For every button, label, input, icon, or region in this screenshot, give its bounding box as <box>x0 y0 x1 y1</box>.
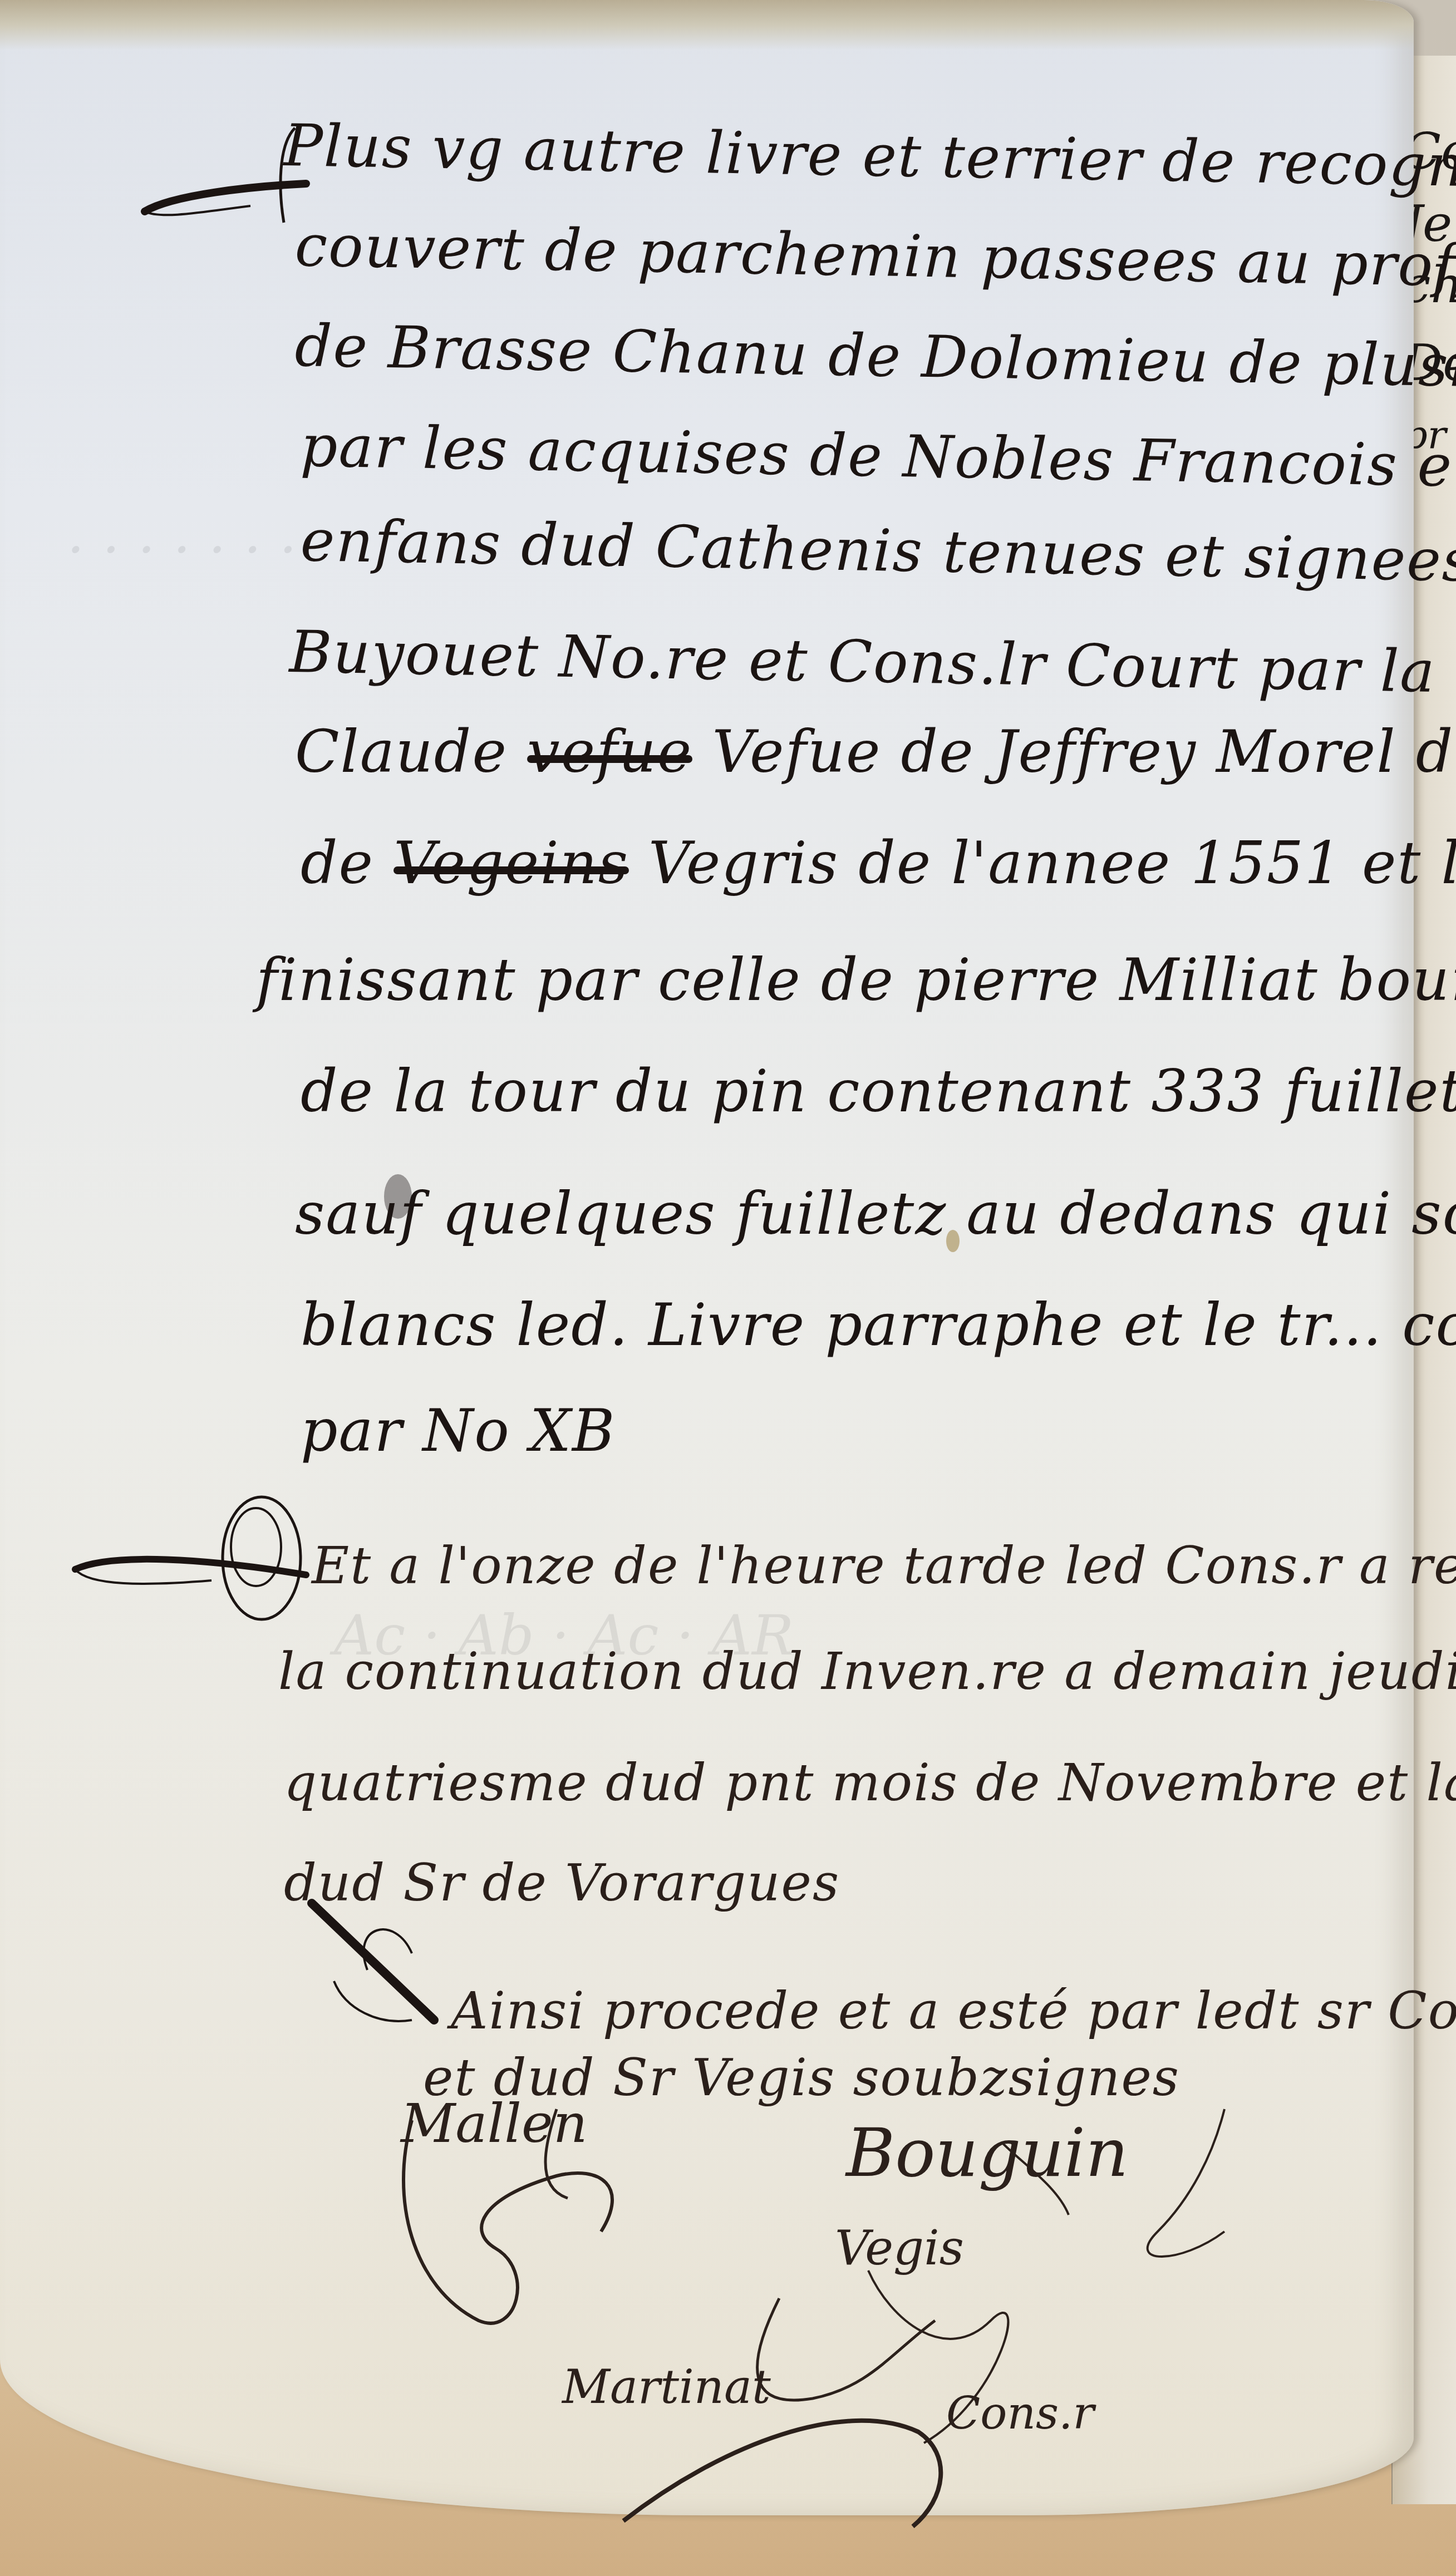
signature-mallen: Mallen <box>401 2092 588 2155</box>
text-line: Buyouet No.re et Cons.lr Court par la re… <box>289 618 1456 711</box>
signature-cons: Cons.r <box>946 2387 1094 2439</box>
text-line: la continuation dud Inven.re a demain je… <box>278 1642 1456 1701</box>
text-word: Claude <box>295 718 527 786</box>
text-line: couvert de parchemin passees au proffit … <box>294 211 1456 306</box>
text-line: blancs led. Livre parraphe et le tr... c… <box>301 1291 1456 1359</box>
signature-bouguin: Bouguin <box>846 2115 1128 2192</box>
text-line: Claude vefue Vefue de Jeffrey Morel de l… <box>295 718 1456 786</box>
struck-word: vefue <box>527 718 692 786</box>
text-line: Plus vg autre livre et terrier de recogn… <box>283 111 1456 205</box>
text-word: Vefue de Jeffrey Morel de la pa. <box>692 718 1456 786</box>
text-line: Et a l'onze de l'heure tarde led Cons.r … <box>312 1536 1456 1595</box>
text-line: par No XB <box>301 1397 616 1465</box>
text-word: de <box>301 829 393 897</box>
year-value: 1551 <box>1191 829 1342 897</box>
text-line: de Brasse Chanu de Dolomieu de plusieurs… <box>294 312 1456 406</box>
text-line: de Vegeins Vegris de l'annee 1551 et le … <box>301 829 1456 897</box>
text-line: de la tour du pin contenant 333 fuilletz <box>301 1057 1456 1125</box>
signature-vegis: Vegis <box>835 2220 964 2276</box>
text-line: finissant par celle de pierre Milliat bo… <box>256 946 1456 1014</box>
text-line: par les acquises de Nobles Francois et p… <box>300 412 1456 505</box>
text-line: enfans dud Cathenis tenues et signees pa… <box>300 506 1456 599</box>
text-word: et le <box>1342 829 1456 897</box>
manuscript-page: . . . . . . . Ac · Ab · Ac · AR Plus vg … <box>0 0 1414 2515</box>
page-top-edge-stain <box>0 0 1414 50</box>
text-word: Vegris de l'annee <box>629 829 1191 897</box>
text-line: Ainsi procede et a esté par ledt sr Cons… <box>451 1981 1456 2041</box>
signature-martinat: Martinat <box>562 2360 771 2414</box>
text-line: sauf quelques fuilletz au dedans qui son… <box>295 1180 1456 1248</box>
bleed-through-text: . . . . . . . <box>67 501 297 566</box>
struck-word: Vegeins <box>393 829 629 897</box>
text-line: quatriesme dud pnt mois de Novembre et l… <box>284 1753 1456 1812</box>
initial-e-flourish-icon <box>67 1491 312 1636</box>
text-line: dud Sr de Vorargues <box>284 1853 840 1913</box>
